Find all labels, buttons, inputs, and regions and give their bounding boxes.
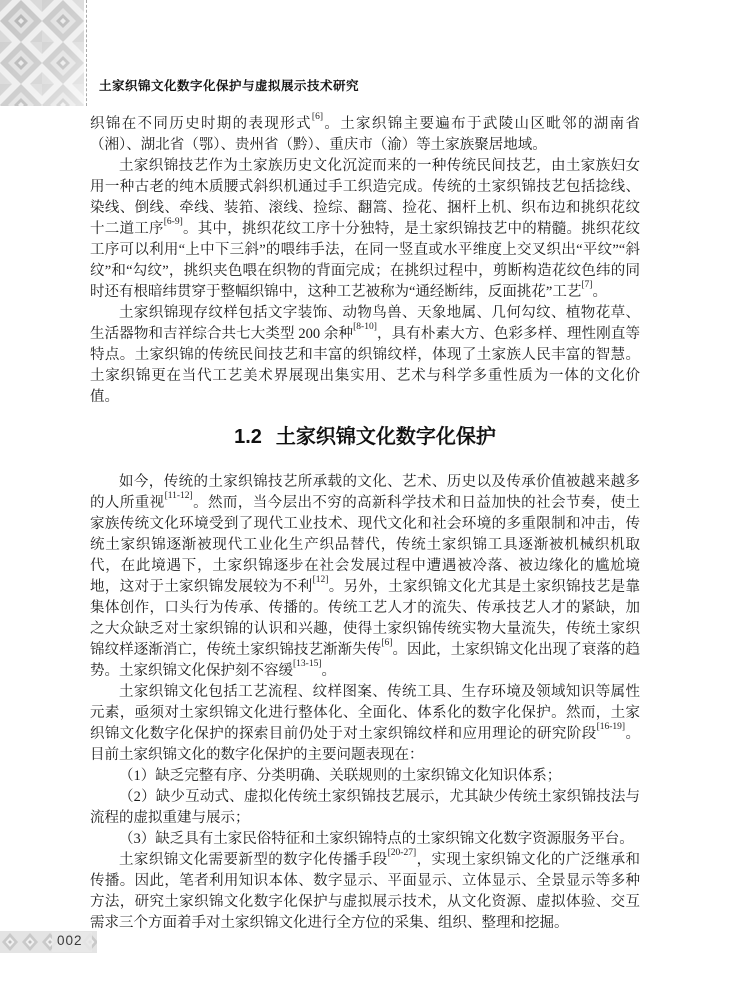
paragraph: 土家织锦现存纹样包括文字装饰、动物鸟兽、天象地属、几何勾纹、植物花草、生活器物和… [90,303,640,408]
header-divider-dashed-line [86,0,87,106]
paragraphs-after-heading: 如今，传统的土家织锦技艺所承载的文化、艺术、历史以及传承价值被越来越多的人所重视… [90,472,640,934]
paragraphs-before-heading: 织锦在不同历史时期的表现形式[6]。土家织锦主要遍布于武陵山区毗邻的湖南省（湘）… [90,114,640,408]
section-heading: 1.2土家织锦文化数字化保护 [90,422,640,452]
body-text-column: 织锦在不同历史时期的表现形式[6]。土家织锦主要遍布于武陵山区毗邻的湖南省（湘）… [90,114,640,934]
paragraph: （1）缺乏完整有序、分类明确、关联规则的土家织锦文化知识体系； [90,766,640,787]
paragraph: （2）缺少互动式、虚拟化传统土家织锦技艺展示，尤其缺少传统土家织锦技法与流程的虚… [90,787,640,829]
running-head: 土家织锦文化数字化保护与虚拟展示技术研究 [99,76,359,94]
paragraph: 土家织锦技艺作为土家族历史文化沉淀而来的一种传统民间技艺，由土家族妇女用一种古老… [90,156,640,303]
citation-ref: [12] [313,575,329,585]
citation-ref: [20-27] [388,848,417,858]
page-number: 002 [57,933,83,948]
book-page: 土家织锦文化数字化保护与虚拟展示技术研究 织锦在不同历史时期的表现形式[6]。土… [0,0,729,1005]
citation-ref: [7] [581,280,592,290]
paragraph: 土家织锦文化包括工艺流程、纹样图案、传统工具、生存环境及领域知识等属性元素，亟须… [90,682,640,766]
section-number: 1.2 [234,426,262,448]
citation-ref: [8-10] [353,322,377,332]
section-title: 土家织锦文化数字化保护 [276,426,496,448]
paragraph: 如今，传统的土家织锦技艺所承载的文化、艺术、历史以及传承价值被越来越多的人所重视… [90,472,640,682]
citation-ref: [6] [381,638,392,648]
paragraph: 织锦在不同历史时期的表现形式[6]。土家织锦主要遍布于武陵山区毗邻的湖南省（湘）… [90,114,640,156]
citation-ref: [11-12] [165,491,193,501]
paragraph: 土家织锦文化需要新型的数字化传播手段[20-27]，实现土家织锦文化的广泛继承和… [90,850,640,934]
brocade-corner-pattern-icon [0,0,84,106]
citation-ref: [6] [312,112,323,122]
citation-ref: [13-15] [293,659,322,669]
citation-ref: [16-19] [597,722,626,732]
paragraph: （3）缺乏具有土家民俗特征和土家织锦特点的土家织锦文化数字资源服务平台。 [90,829,640,850]
citation-ref: [6-9] [164,217,183,227]
